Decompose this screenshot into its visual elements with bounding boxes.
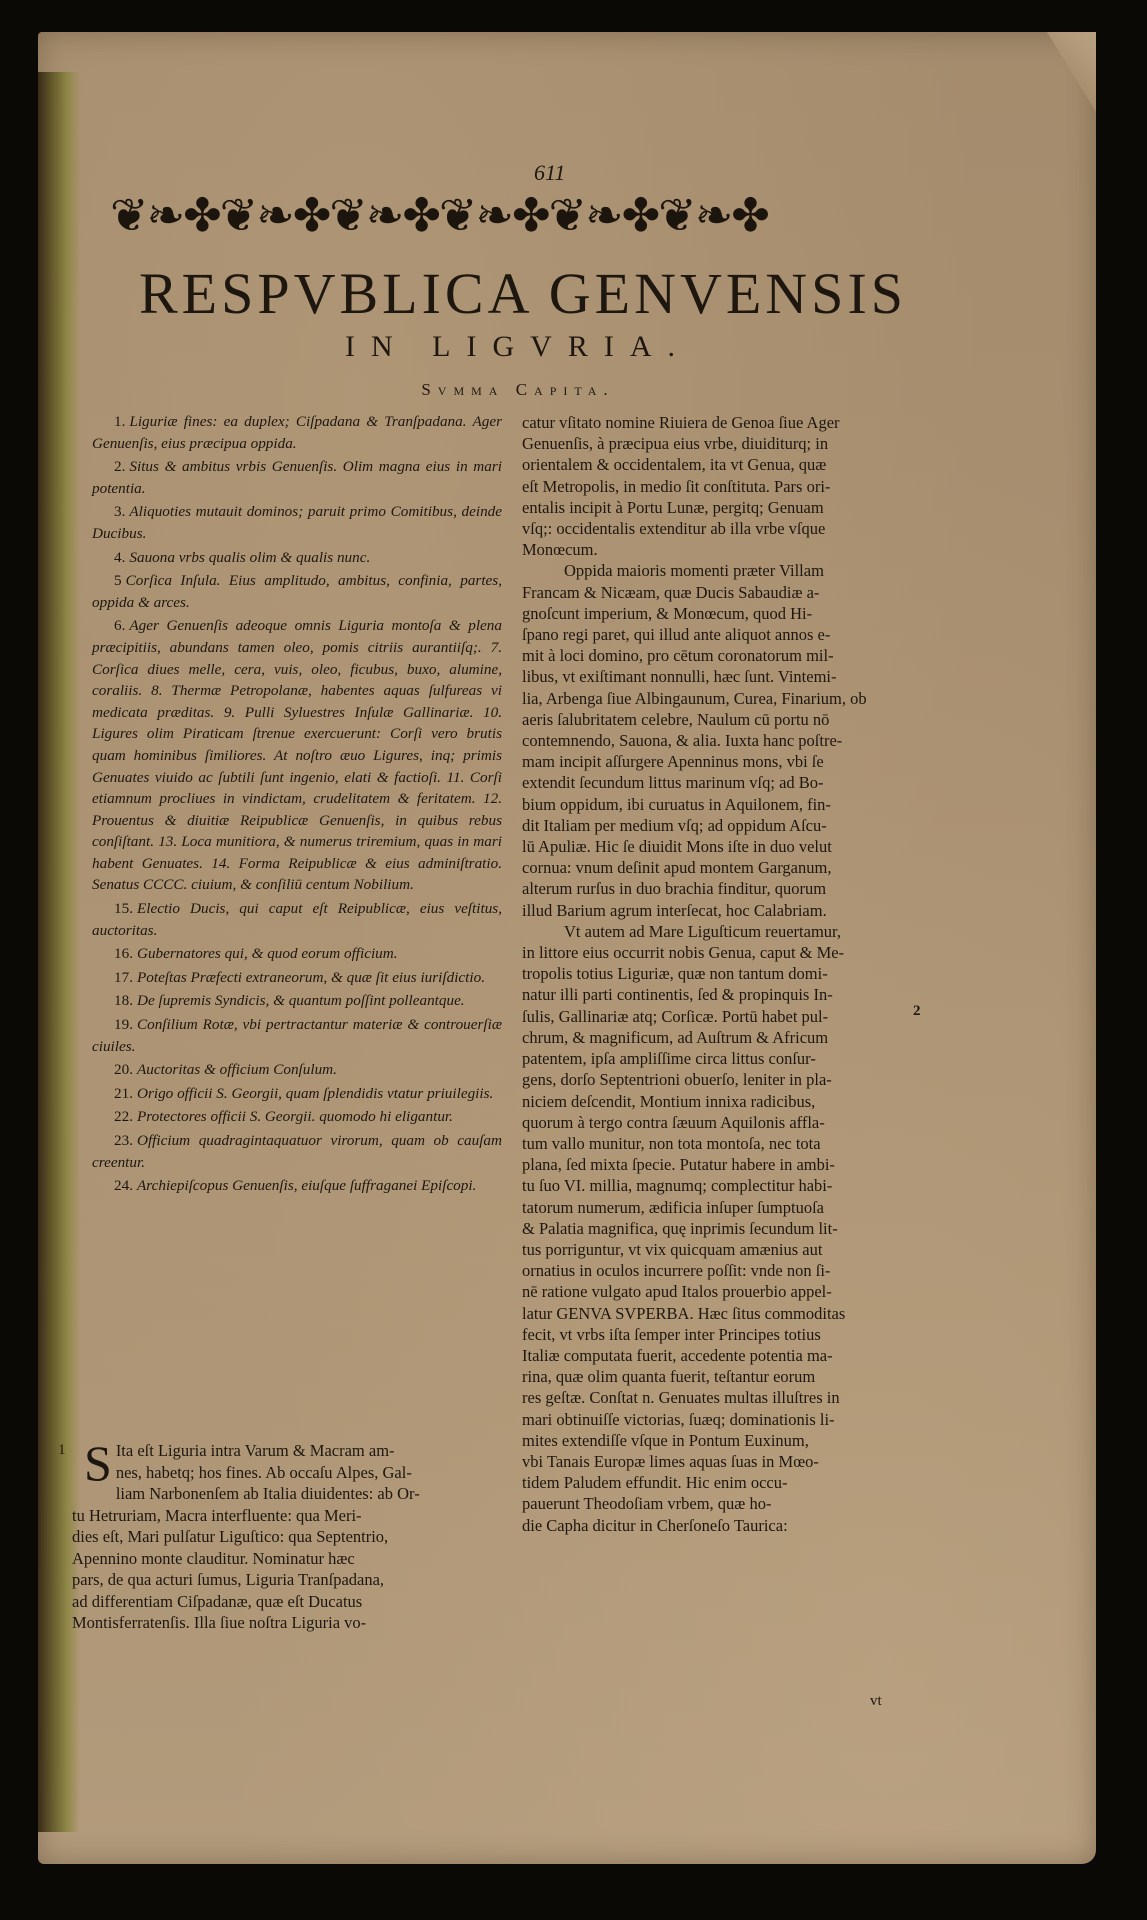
text-line: res geſtæ. Conſtat n. Genuates multas il… (522, 1387, 922, 1408)
summary-item: 24.Archiepiſcopus Genuenſis, eiuſque ſuf… (92, 1175, 502, 1197)
text-line: dit Italiam per medium vſq; ad oppidum A… (522, 815, 922, 836)
text-line: bium oppidum, ibi curuatus in Aquilonem,… (522, 794, 922, 815)
text-line: tropolis totius Liguriæ, quæ non tantum … (522, 963, 922, 984)
text-line: chrum, & magnificum, ad Auſtrum & Africu… (522, 1027, 922, 1048)
summary-item: 16.Gubernatores qui, & quod eorum offici… (92, 943, 502, 965)
text-line: ad differentiam Ciſpadanæ, quæ eſt Ducat… (72, 1591, 497, 1613)
text-line: libus, vt exiſtimant nonnulli, hæc ſunt.… (522, 666, 922, 687)
intro-paragraph: S Ita eſt Liguria intra Varum & Macram a… (72, 1440, 497, 1634)
text-line: & Palatia magnifica, quę inprimis ſecund… (522, 1218, 922, 1239)
page-title: RESPVBLICA GENVENSIS (108, 260, 938, 327)
text-line: lia, Arbenga ſiue Albingaunum, Curea, Fi… (522, 688, 922, 709)
summary-item: 19.Conſilium Rotæ, vbi pertractantur mat… (92, 1014, 502, 1057)
summary-item: 23.Officium quadragintaquatuor virorum, … (92, 1130, 502, 1173)
summary-item: 2.Situs & ambitus vrbis Genuenſis. Olim … (92, 456, 502, 499)
text-line: ſulis, Gallinariæ atq; Corſicæ. Portū ha… (522, 1006, 922, 1027)
text-line: rina, quæ olim quanta fuerit, teſtantur … (522, 1366, 922, 1387)
text-line: Ita eſt Liguria intra Varum & Macram am- (72, 1440, 497, 1462)
text-line: lū Apuliæ. Hic ſe diuidit Mons iſte in d… (522, 836, 922, 857)
text-line: Italiæ computata fuerit, accedente poten… (522, 1345, 922, 1366)
text-line: Francam & Nicæam, quæ Ducis Sabaudiæ a- (522, 582, 922, 603)
text-line: fecit, vt vrbs iſta ſemper inter Princip… (522, 1324, 922, 1345)
text-line: vbi Tanais Europæ limes aquas ſuas in Mœ… (522, 1451, 922, 1472)
text-line: tus porriguntur, vt vix quicquam amænius… (522, 1239, 922, 1260)
summary-list: 1.Liguriæ fines: ea duplex; Ciſpadana & … (92, 411, 502, 1244)
text-line: tatorum numerum, ædificia inſuper ſumptu… (522, 1197, 922, 1218)
margin-marker: 1 (58, 1442, 66, 1459)
text-line: gnoſcunt imperium, & Monœcum, quod Hi- (522, 603, 922, 624)
summary-item: 3.Aliquoties mutauit dominos; paruit pri… (92, 501, 502, 544)
summary-item: 21.Origo officii S. Georgii, quam ſplend… (92, 1083, 502, 1105)
summary-item: 4.Sauona vrbs qualis olim & qualis nunc. (92, 547, 502, 569)
text-line: Genuenſis, à præcipua eius vrbe, diuidit… (522, 433, 922, 454)
text-line: cornua: vnum deſinit apud montem Garganu… (522, 857, 922, 878)
text-line: tu Hetruriam, Macra interfluente: qua Me… (72, 1505, 497, 1527)
catchword: vt (870, 1693, 882, 1710)
text-line: Oppida maioris momenti præter Villam (522, 560, 922, 581)
ornament-band-icon: ❦❧✤❦❧✤❦❧✤❦❧✤❦❧✤❦❧✤ (110, 180, 925, 252)
body-column-right: catur vſitato nomine Riuiera de Genoa ſi… (522, 412, 922, 1536)
summary-item: 6.Ager Genuenſis adeoque omnis Liguria m… (92, 615, 502, 896)
text-line: mam incipit aſſurgere Apenninus mons, vb… (522, 751, 922, 772)
text-line: alterum rurſus in duo brachia finditur, … (522, 878, 922, 899)
text-line: Monœcum. (522, 539, 922, 560)
text-line: liam Narbonenſem ab Italia diuidentes: a… (72, 1483, 497, 1505)
text-line: mit à loci domino, pro cētum coronatorum… (522, 645, 922, 666)
summary-item: 17.Poteſtas Præfecti extraneorum, & quæ … (92, 967, 502, 989)
text-line: ornatius in oculos incurrere poſſit: vnd… (522, 1260, 922, 1281)
text-line: tum vallo munitur, non tota montoſa, nec… (522, 1133, 922, 1154)
section-heading: Svmma Capita. (108, 380, 928, 400)
summary-item: 20.Auctoritas & officium Conſulum. (92, 1059, 502, 1081)
text-line: entalis incipit à Portu Lunæ, pergitq; G… (522, 497, 922, 518)
text-line: die Capha dicitur in Cherſoneſo Taurica: (522, 1515, 922, 1536)
summary-item: 15.Electio Ducis, qui caput eſt Reipubli… (92, 898, 502, 941)
text-line: plana, ſed mixta ſpecie. Putatur habere … (522, 1154, 922, 1175)
text-line: patentem, ipſa ampliſſime circa littus c… (522, 1048, 922, 1069)
summary-item (92, 1199, 502, 1221)
text-line: niciem deſcendit, Montium innixa radicib… (522, 1091, 922, 1112)
page-subtitle: IN LIGVRIA. (108, 330, 928, 364)
text-line: Vt autem ad Mare Liguſticum reuertamur, (522, 921, 922, 942)
text-line: mari obtinuiſſe victorias, ſuæq; dominat… (522, 1409, 922, 1430)
text-line: extendit ſecundum littus marinum vſq; ad… (522, 772, 922, 793)
text-line: orientalem & occidentalem, ita vt Genua,… (522, 454, 922, 475)
text-line: catur vſitato nomine Riuiera de Genoa ſi… (522, 412, 922, 433)
text-line: aeris ſalubritatem celebre, Naulum cū po… (522, 709, 922, 730)
text-line: nē ratione vulgato apud Italos prouerbio… (522, 1281, 922, 1302)
text-line: dies eſt, Mari pulſatur Liguſtico: qua S… (72, 1526, 497, 1548)
summary-item: 1.Liguriæ fines: ea duplex; Ciſpadana & … (92, 411, 502, 454)
text-line: tidem Paludem effundit. Hic enim occu- (522, 1472, 922, 1493)
text-line: Montisferratenſis. Illa ſiue noſtra Ligu… (72, 1612, 497, 1634)
text-line: quorum à tergo contra ſæuum Aquilonis af… (522, 1112, 922, 1133)
text-line: contemnendo, Sauona, & alia. Iuxta hanc … (522, 730, 922, 751)
drop-cap: S (84, 1442, 112, 1484)
text-line: tu ſuo VI. millia, magnumq; complectitur… (522, 1175, 922, 1196)
summary-item: 5Corſica Inſula. Eius amplitudo, ambitus… (92, 570, 502, 613)
text-line: pauerunt Theodoſiam vrbem, quæ ho- (522, 1493, 922, 1514)
text-line: nes, habetq; hos fines. Ab occaſu Alpes,… (72, 1462, 497, 1484)
folded-corner (1026, 32, 1096, 112)
text-line: eſt Metropolis, in medio ſit conſtituta.… (522, 476, 922, 497)
text-line: illud Barium agrum interſecat, hoc Calab… (522, 900, 922, 921)
text-line: latur GENVA SVPERBA. Hæc ſitus commodita… (522, 1303, 922, 1324)
summary-item: 18.De ſupremis Syndicis, & quantum poſſi… (92, 990, 502, 1012)
text-line: in littore eius occurrit nobis Genua, ca… (522, 942, 922, 963)
text-line: gens, dorſo Septentrioni obuerſo, lenite… (522, 1069, 922, 1090)
text-line: vſq;: occidentalis extenditur ab illa vr… (522, 518, 922, 539)
text-line: Apennino monte clauditur. Nominatur hæc (72, 1548, 497, 1570)
summary-item: 22.Protectores officii S. Georgii. quomo… (92, 1106, 502, 1128)
text-line: natur illi parti continentis, ſed & prop… (522, 984, 922, 1005)
text-line: ſpano regi paret, qui illud ante aliquot… (522, 624, 922, 645)
summary-item (92, 1222, 502, 1244)
text-line: mites extendiſſe vſque in Pontum Euxinum… (522, 1430, 922, 1451)
text-line: pars, de qua acturi ſumus, Liguria Tranſ… (72, 1569, 497, 1591)
